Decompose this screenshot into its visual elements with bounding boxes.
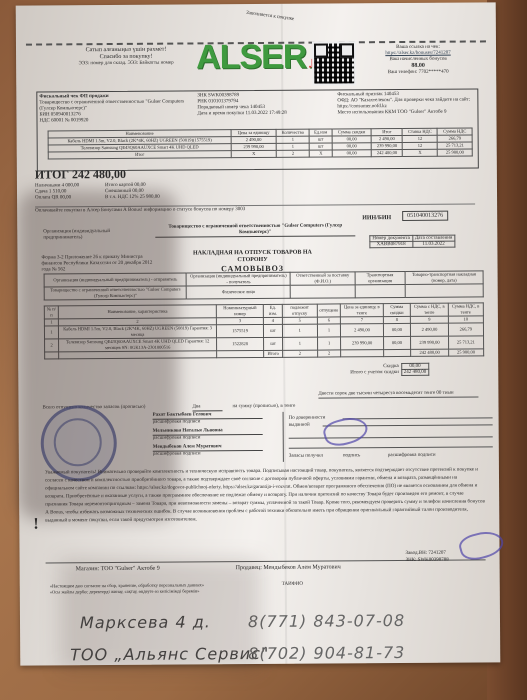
table-cell: 1: [317, 324, 341, 337]
iin-label: ИИН/БИН: [362, 215, 391, 221]
table-cell: 1: [317, 337, 341, 350]
total-cell: 2: [283, 350, 318, 357]
table-cell: Итог: [48, 151, 231, 159]
table-cell: 242 480,00: [372, 149, 403, 156]
doc-date-value: 11.03.2022: [412, 241, 454, 247]
footer-factory-no: Завод.ВН: 7241207: [406, 551, 446, 557]
sign-caption: подпись: [343, 453, 360, 459]
column-header: Сумма скидки: [383, 303, 411, 316]
logo-main: ALSER: [196, 38, 306, 77]
table-cell: 25 713,21: [448, 336, 483, 349]
table-cell: 239 990,00: [341, 337, 383, 350]
waybill-title: НАКЛАДНАЯ НА ОТПУСК ТОВАРОВ НА СТОРОНУ: [177, 250, 327, 265]
fiscal-datetime: Дата и время покупки 11.03.2022 17:49:28: [197, 111, 327, 118]
table-cell: 2 490,00: [411, 323, 448, 336]
sign-decode-caption: расшифровка подписи: [388, 453, 436, 459]
thanks-block: Сатып алғаныңыз үшін рахмет! Спасибо за …: [56, 46, 196, 67]
fiscal-seller: Товарищество с ограниченной ответственно…: [39, 99, 187, 112]
table-cell: Х: [231, 150, 276, 157]
total-cell: Итого: [264, 350, 283, 357]
fiscal-ofd-block: Фискальный признак 140453 ОФД: АО "Казах…: [337, 91, 472, 116]
qr-code-icon: [312, 41, 356, 85]
taifio-label: ТАИФИО: [282, 582, 303, 588]
total-cell: [217, 350, 264, 357]
alser-logo: ALSER.kz: [196, 38, 322, 78]
cut-label: Заполняется к покупке: [246, 11, 295, 23]
fiscal-place: Место использования ККМ ТОО "Gulser" Акт…: [337, 109, 472, 116]
table-cell: 00,00: [383, 336, 411, 349]
total-cell: 2: [317, 350, 341, 357]
org-name: Товарищество с ограниченной ответственно…: [155, 223, 355, 237]
doc-no-label: Номер документа: [370, 235, 413, 241]
column-header: Цена за единицу, в тенге: [341, 304, 383, 317]
column-header: Транспортная организация: [355, 271, 405, 284]
table-cell: 00,00: [383, 323, 411, 336]
check-link[interactable]: https://alser.kz/bonuses/7241207: [385, 51, 450, 56]
table-cell: 239 990,00: [411, 336, 448, 349]
table-cell: 1: [282, 324, 317, 337]
column-header: Ответственный за поставку (Ф.И.О.): [290, 272, 355, 285]
fiscal-check: Фискальный чек ФП продажи Товарищество с…: [36, 88, 479, 171]
grand-value: 242 480,00: [401, 369, 429, 375]
table-cell: 2 490,00: [341, 324, 383, 337]
table-cell: 1: [283, 337, 318, 350]
fiscal-vat: НДС 60001 № 0019920: [39, 117, 187, 124]
seller-signature-icon: [457, 527, 506, 564]
table-cell: 1575519: [217, 324, 264, 337]
column-header: Сумма с НДС, в тенге: [411, 303, 448, 316]
phone-label: Ваш телефон: 7702*****470: [368, 70, 468, 77]
issued-label: выданной: [289, 423, 310, 429]
column-header: Сумма НДС, в тенге: [448, 303, 483, 316]
proxy-label: По доверенности: [289, 416, 326, 422]
table-cell: Х: [402, 149, 437, 156]
received-label: Запасы получил: [289, 454, 323, 460]
table-cell: 25 980,00: [438, 149, 473, 156]
column-header: Организация (индивидуальный предпринимат…: [186, 272, 290, 286]
column-header: подлежит отпуску: [282, 304, 317, 317]
waybill-title-block: НАКЛАДНАЯ НА ОТПУСК ТОВАРОВ НА СТОРОНУ С…: [177, 250, 327, 274]
doc-no-value: ХАВВ087918: [370, 241, 413, 247]
doc-number-table: Номер документаДата составления ХАВВ0879…: [369, 235, 455, 249]
fiscal-ofd: ОФД: АО "Казахтелеком". Для проверки чек…: [337, 97, 472, 110]
total-cell: [341, 350, 383, 357]
table-cell: 00,00: [332, 150, 372, 157]
sum-in-words: Двести сорок две тысячи четыреста восемь…: [318, 390, 478, 398]
column-header: Цена за единицу: [231, 129, 276, 136]
hand-shadow: [18, 190, 178, 520]
iin-value: 051040013276: [402, 211, 448, 221]
handwritten-phone-2: 8(702) 904-81-73: [248, 643, 405, 663]
column-header: Номенклатурный номер: [216, 304, 263, 317]
grand-label: Итого с учетом скидки: [348, 370, 401, 376]
table-cell: 2: [276, 150, 310, 157]
grand-total: ИТОГ 242 480,00: [35, 167, 126, 183]
order-line: ЭЭЗ: номер для склад. ЭЭЗ: Байкатты номе…: [56, 60, 196, 67]
handwritten-phone-1: 8(771) 843-07-08: [248, 611, 405, 631]
table-cell: Х: [310, 150, 332, 157]
check-info: Ваша ссылка на чек: https://alser.kz/bon…: [368, 45, 468, 77]
receiver-value: Физическое лицо: [187, 285, 291, 299]
fiscal-register-block: ЗНК SWK00398789 РНК 010101379794 Порядко…: [197, 93, 327, 118]
sum-label: на сумму (прописью), в тенге: [232, 404, 295, 410]
column-header: Ед. изм.: [263, 304, 282, 317]
footer-znk: ЗНК: SWK00398788: [406, 558, 449, 564]
total-cell: [383, 349, 411, 356]
bottom-shadow: [60, 560, 260, 670]
column-header: отпущено: [317, 304, 341, 317]
doc-date-label: Дата составления: [412, 235, 454, 241]
discount-summary: Скидка00,00 Итого с учетом скидки242 480…: [348, 363, 429, 377]
column-header: Товарно-транспортная накладная (номер, д…: [405, 271, 483, 285]
fiscal-items-table: НаименованиеЦена за единицуКоличествоЕд.…: [48, 127, 473, 159]
table-cell: 1522828: [217, 337, 264, 350]
total-cell: 242 480,00: [411, 349, 448, 356]
total-cell: 25 980,00: [448, 349, 483, 356]
fiscal-seller-block: Фискальный чек ФП продажи Товарищество с…: [39, 93, 187, 124]
table-cell: шт: [264, 337, 283, 350]
table-cell: шт: [263, 324, 282, 337]
table-cell: 266,79: [448, 323, 483, 336]
two-label: Два: [192, 404, 222, 411]
